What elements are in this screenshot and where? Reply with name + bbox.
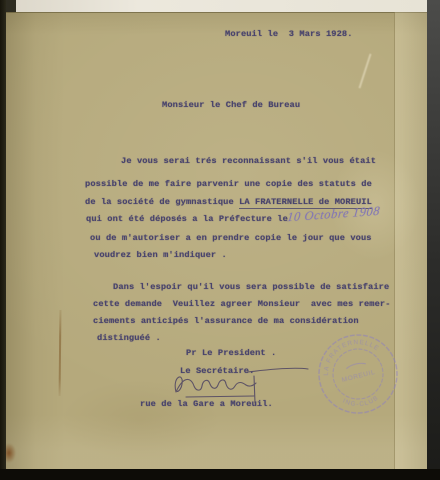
paragraph2-line2: cette demande Veuillez agreer Monsieur a… [93,299,391,310]
paragraph1-line3-prefix: de la société de gymnastique [85,197,239,207]
signature-stroke [175,377,256,392]
scan-edge-bottom [0,469,440,480]
paragraph1-line6: voudrez bien m'indiquer . [94,250,227,261]
signature-underline [186,396,254,397]
stamp-center-text: MOREUIL [341,369,376,384]
paragraph1-line4: qui ont été déposés a la Préfecture le [86,214,293,225]
stamp-center-mark [346,362,366,369]
paragraph1-line2: possible de me faire parvenir une copie … [85,179,372,190]
scan-background-strip [16,0,427,12]
paragraph1-line1: Je vous serai trés reconnaissant s'il vo… [121,156,376,167]
scanned-letter: Moreuil le 3 Mars 1928. Monsieur le Chef… [0,0,440,480]
paragraph1-line5: ou de m'autoriser a en prendre copie le … [90,233,372,244]
paragraph2-line1: Dans l'espoir qu'il vous sera possible d… [113,282,389,293]
secretary-flourish [248,368,308,372]
paragraph2-line4: distinguéé . [97,333,161,344]
salutation: Monsieur le Chef de Bureau [162,100,300,111]
address-line: rue de la Gare a Moreuil. [140,399,273,410]
scan-edge-right [427,0,440,480]
date-line: Moreuil le 3 Mars 1928. [225,29,353,40]
scan-edge-left [0,0,6,480]
paragraph2-line3: ciements anticipés l'assurance de ma con… [93,316,359,327]
